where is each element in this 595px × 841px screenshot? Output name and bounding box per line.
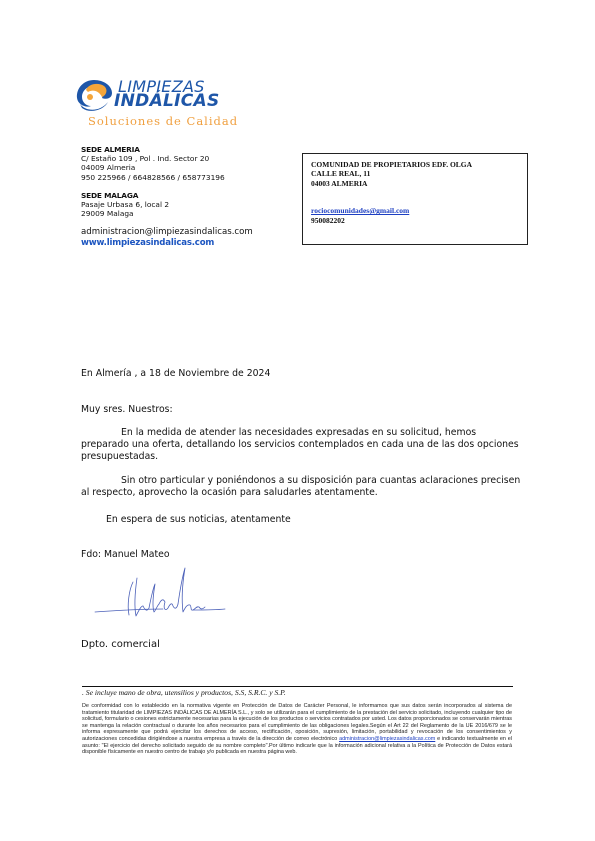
privacy-legal-notice: De conformidad con lo establecido en la … <box>82 703 512 756</box>
company-logo: LIMPIEZAS INDÁLICAS Soluciones de Calida… <box>74 78 254 130</box>
letter-paragraph-2: Sin otro particular y poniéndonos a su d… <box>81 475 521 499</box>
recipient-street: CALLE REAL, 11 <box>311 169 527 178</box>
department: Dpto. comercial <box>81 639 521 651</box>
sender-website-link[interactable]: www.limpiezasindalicas.com <box>81 238 281 248</box>
recipient-city: 04003 ALMERIA <box>311 179 527 188</box>
recipient-name: COMUNIDAD DE PROPIETARIOS EDF. OLGA <box>311 160 527 169</box>
recipient-email-link[interactable]: rociocomunidades@gmail.com <box>311 206 527 215</box>
footer-note: . Se incluye mano de obra, utensilios y … <box>82 688 286 698</box>
recipient-address-box: COMUNIDAD DE PROPIETARIOS EDF. OLGA CALL… <box>302 153 528 245</box>
letter-greeting: Muy sres. Nuestros: <box>81 404 521 416</box>
footer-divider <box>82 686 513 687</box>
logo-tagline: Soluciones de Calidad <box>88 114 238 128</box>
letter-closing: En espera de sus noticias, atentamente <box>106 514 546 526</box>
logo-emblem-icon <box>74 78 114 114</box>
letter-paragraph-1: En la medida de atender las necesidades … <box>81 427 521 463</box>
almeria-address: C/ Estaño 109 , Pol . Ind. Sector 20 <box>81 154 281 163</box>
sender-contact-block: SEDE ALMERIA C/ Estaño 109 , Pol . Ind. … <box>81 145 281 248</box>
malaga-office-heading: SEDE MALAGA <box>81 191 281 200</box>
recipient-phone: 950082202 <box>311 216 527 225</box>
almeria-city: 04009 Almeria <box>81 163 281 172</box>
logo-text-indalicas: INDÁLICAS <box>114 93 220 110</box>
almeria-phones: 950 225966 / 664828566 / 658773196 <box>81 173 281 182</box>
handwritten-signature <box>93 560 228 620</box>
letter-date: En Almería , a 18 de Noviembre de 2024 <box>81 368 521 380</box>
malaga-address: Pasaje Urbasa 6, local 2 <box>81 200 281 209</box>
almeria-office-heading: SEDE ALMERIA <box>81 145 281 154</box>
legal-email-link[interactable]: administracion@limpiezasindalicas.com <box>339 736 435 742</box>
sender-email[interactable]: administracion@limpiezasindalicas.com <box>81 227 259 238</box>
malaga-city: 29009 Malaga <box>81 209 281 218</box>
